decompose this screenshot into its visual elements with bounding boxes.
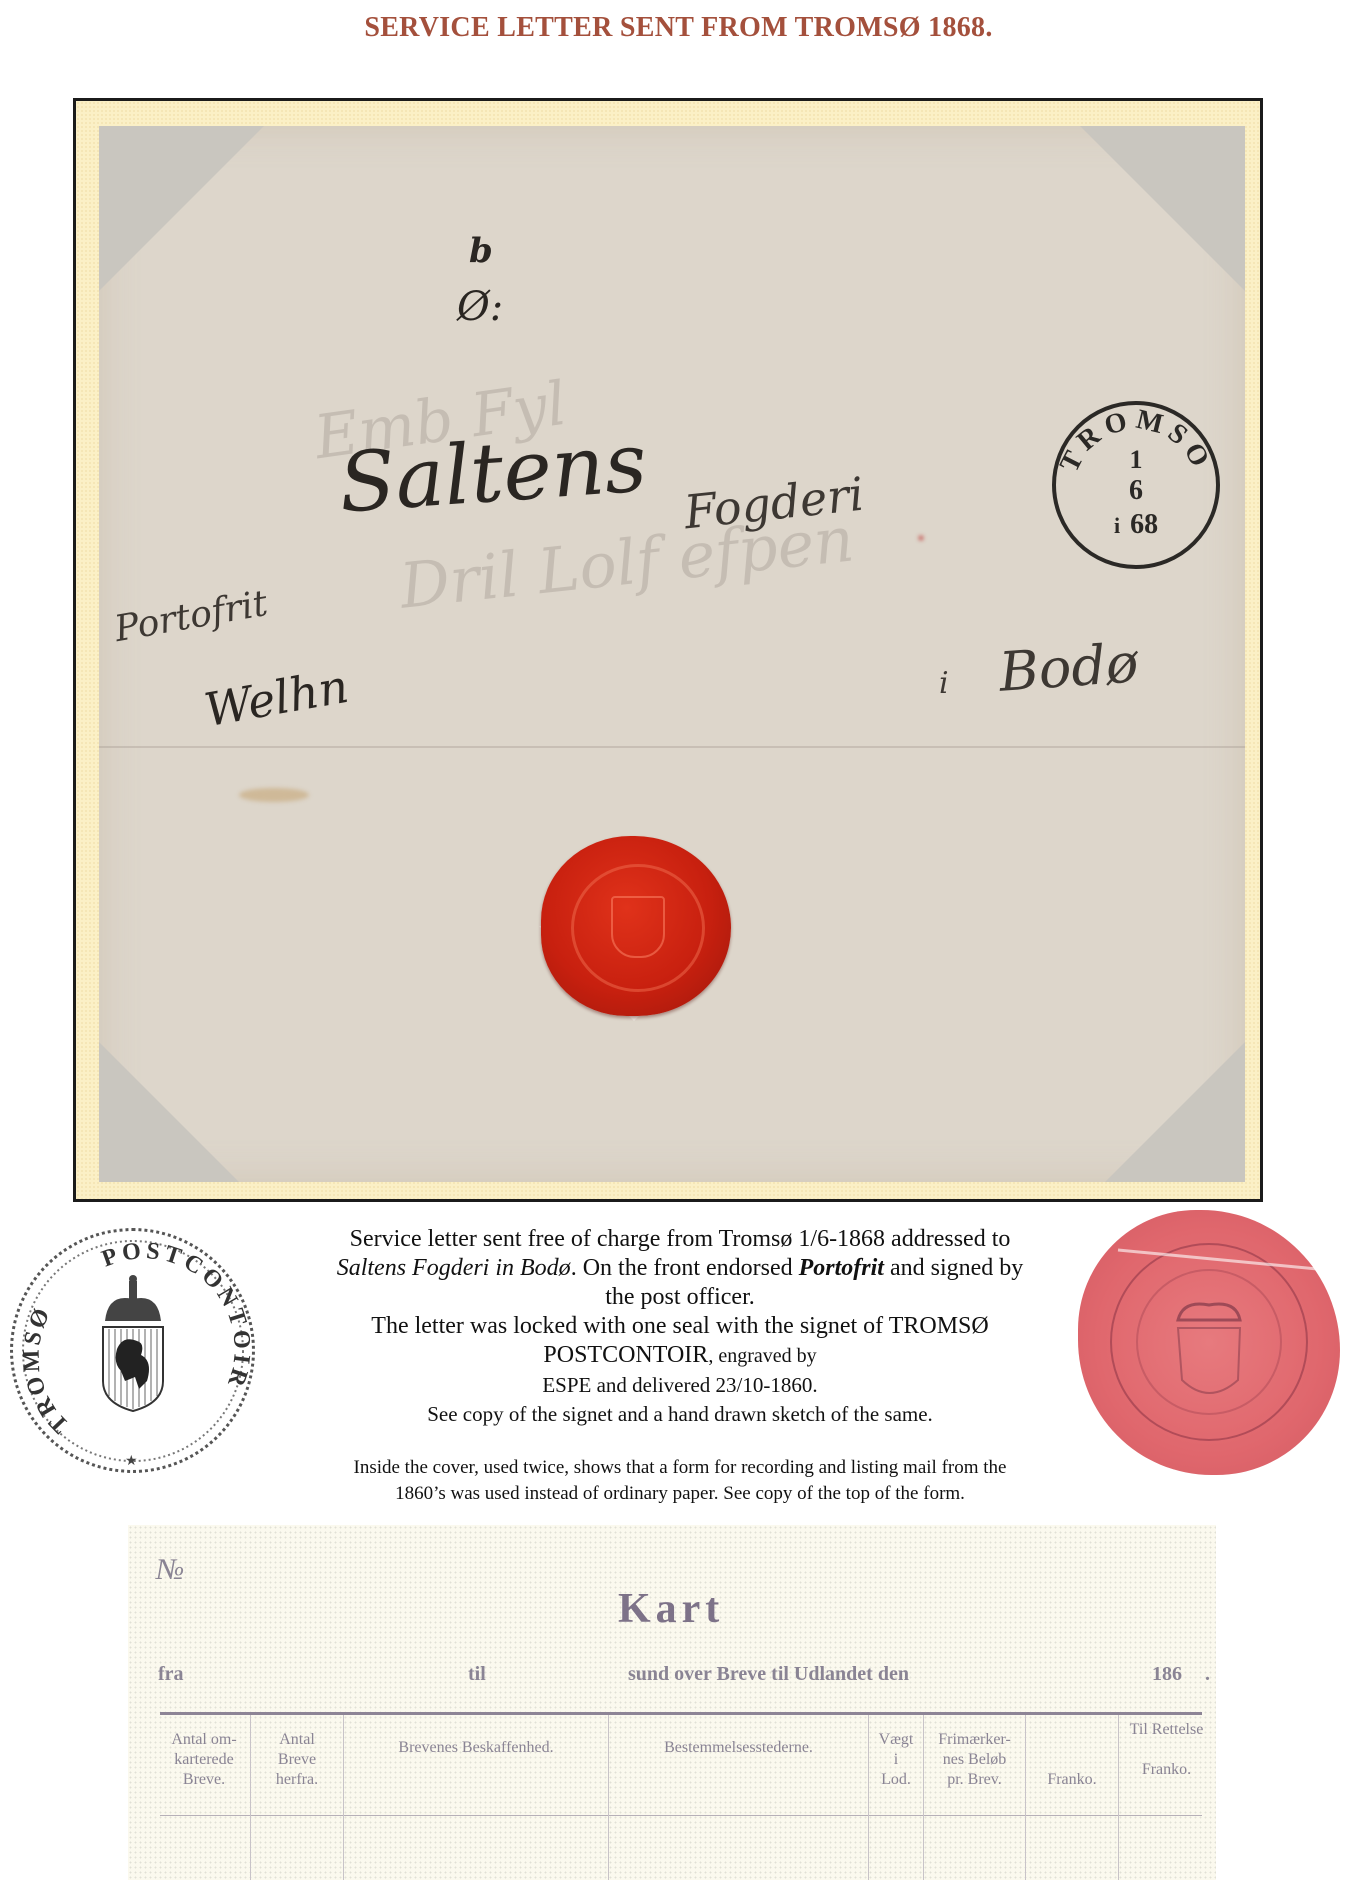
- page-title: SERVICE LETTER SENT FROM TROMSØ 1868.: [0, 12, 1357, 44]
- column-header: Brevenes Beskaffenhed.: [344, 1738, 608, 1758]
- corner-mount-top-left: [99, 126, 264, 291]
- red-dot: [919, 536, 923, 540]
- column-header: Antal om-karteredeBreve.: [158, 1730, 250, 1790]
- red-wax-seal: [541, 836, 731, 1016]
- header-bottom-rule: [160, 1815, 1202, 1816]
- description-line: ESPE and delivered 23/10-1860.: [270, 1371, 1090, 1400]
- description-line: Saltens Fogderi in Bodø. On the front en…: [270, 1254, 1090, 1283]
- mail-listing-form: № Kart fra til sund over Breve til Udlan…: [128, 1525, 1216, 1880]
- seal-sketch-graphic: [1078, 1210, 1340, 1475]
- destination-prefix: i: [939, 666, 949, 701]
- signet-impression: TROMSØ POSTCONTOIR ★: [10, 1228, 255, 1473]
- fold-line: [99, 746, 1245, 748]
- column-header: Til RettelseFranko.: [1119, 1720, 1214, 1780]
- column-divider: [250, 1715, 251, 1880]
- tromso-postmark: TROMSO 1 6 i68: [1052, 401, 1220, 569]
- description-line: Service letter sent free of charge from …: [270, 1225, 1090, 1254]
- form-title: Kart: [618, 1585, 724, 1633]
- addressee-handwriting: Saltens: [336, 415, 650, 531]
- til-label: til: [468, 1663, 486, 1686]
- postmark-day: 1: [1056, 445, 1216, 475]
- stain: [239, 788, 309, 802]
- form-subtitle: sund over Breve til Udlandet den: [628, 1663, 909, 1686]
- column-header: VægtiLod.: [869, 1730, 923, 1790]
- column-header: Bestemmelsesstederne.: [609, 1738, 868, 1758]
- column-header: Frimærker-nes Beløbpr. Brev.: [924, 1730, 1025, 1790]
- fra-label: fra: [158, 1663, 184, 1686]
- star-icon: ★: [125, 1453, 138, 1470]
- description-line: The letter was locked with one seal with…: [270, 1312, 1090, 1341]
- cover-letter: Emb Fyl Dril Lolf efpen b Ø: Saltens Fog…: [99, 126, 1245, 1182]
- handwritten-mark: Ø:: [457, 284, 503, 330]
- number-label: №: [156, 1553, 184, 1587]
- header-rule: [160, 1712, 1202, 1715]
- year-dot: .: [1205, 1663, 1210, 1686]
- postmark-year: i68: [1056, 509, 1216, 541]
- description-block: Service letter sent free of charge from …: [270, 1225, 1090, 1429]
- year-label: 186: [1152, 1663, 1182, 1686]
- signet-graphic: TROMSØ POSTCONTOIR: [13, 1231, 253, 1471]
- description-line: See copy of the signet and a hand drawn …: [270, 1400, 1090, 1429]
- column-header: AntalBreveherfra.: [252, 1730, 342, 1790]
- corner-mount-bottom-left: [99, 1042, 239, 1182]
- description-line: the post officer.: [270, 1283, 1090, 1312]
- corner-mount-top-right: [1080, 126, 1245, 291]
- svg-text:TROMSØ: TROMSØ: [18, 1302, 74, 1438]
- destination-handwriting: Bodø: [997, 631, 1140, 704]
- postmark-month: 6: [1056, 475, 1216, 507]
- description-line: POSTCONTOIR, engraved by: [270, 1341, 1090, 1371]
- hand-drawn-seal-sketch: [1078, 1210, 1340, 1475]
- column-header: Franko.: [1026, 1730, 1118, 1790]
- note-line: Inside the cover, used twice, shows that…: [270, 1455, 1090, 1481]
- post-officer-signature: Welhn: [200, 659, 352, 737]
- handwritten-mark: b: [469, 231, 493, 271]
- portofrit-endorsement: Portofrit: [112, 583, 271, 650]
- form-note: Inside the cover, used twice, shows that…: [270, 1455, 1090, 1507]
- corner-mount-bottom-right: [1105, 1042, 1245, 1182]
- note-line: 1860’s was used instead of ordinary pape…: [270, 1481, 1090, 1507]
- seal-shield-icon: [611, 896, 665, 958]
- cover-frame: Emb Fyl Dril Lolf efpen b Ø: Saltens Fog…: [73, 98, 1263, 1202]
